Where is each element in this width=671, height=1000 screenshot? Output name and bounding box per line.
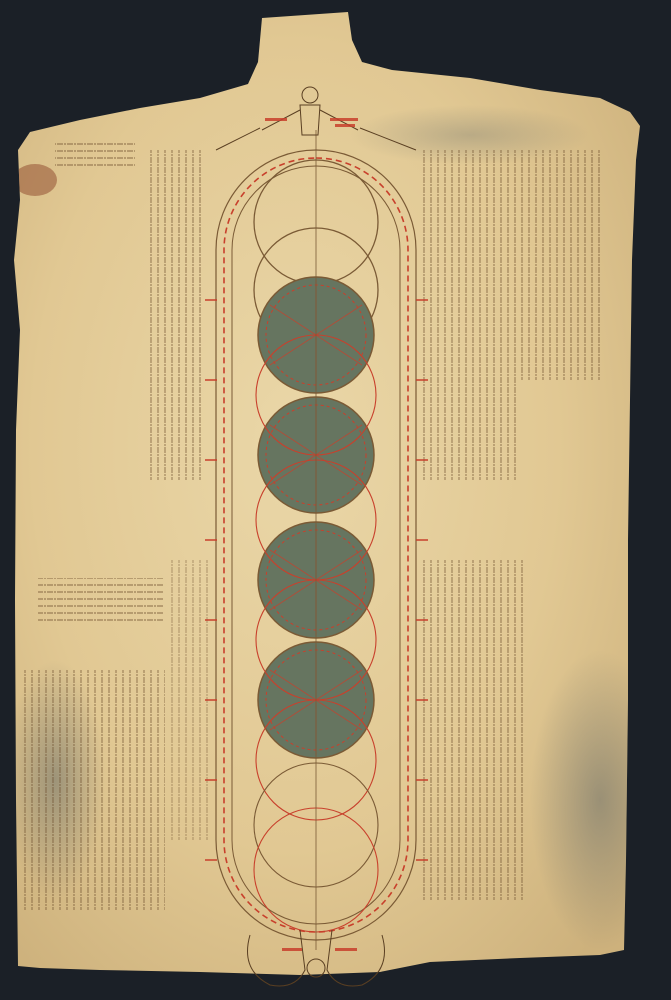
parchment-sheet: [0, 0, 671, 1000]
stain-top-left: [13, 164, 57, 196]
water-stain-right: [530, 650, 670, 950]
text-block-top-left: [55, 140, 135, 170]
text-block-left-note: [38, 578, 163, 623]
text-block-left-column: [150, 150, 205, 480]
text-block-right-column: [420, 150, 520, 480]
text-block-bottom-left: [20, 670, 165, 910]
text-block-bottom-right: [420, 560, 525, 900]
text-block-far-right: [520, 150, 600, 380]
manuscript-viewer: medieval manuscript: [0, 0, 671, 1000]
